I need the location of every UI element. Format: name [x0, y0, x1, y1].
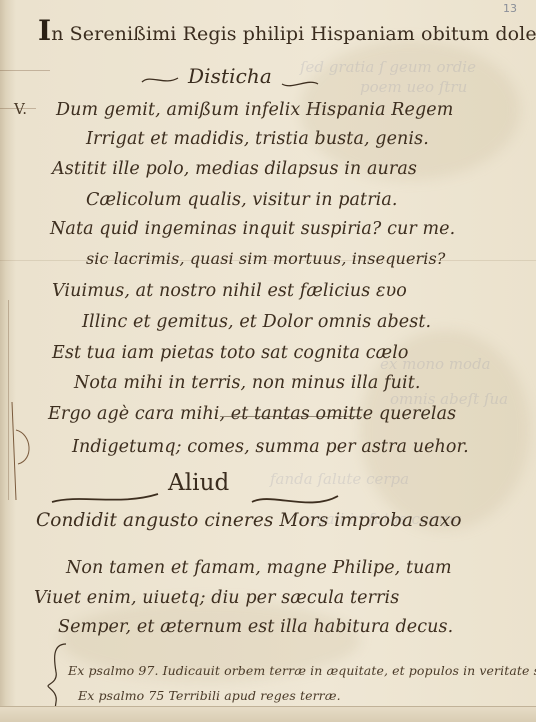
- margin-rule: [0, 70, 50, 71]
- title-initial: I: [38, 14, 51, 47]
- document-title: In Serenißimi Regis philipi Hispaniam ob…: [38, 14, 536, 47]
- verse-line: Viuimus, at nostro nihil est fælicius ευ…: [52, 281, 407, 301]
- verse-line: Viuet enim, uiuetq; diu per sæcula terri…: [34, 588, 399, 608]
- title-text: n Serenißimi Regis philipi Hispaniam obi…: [51, 23, 536, 45]
- verse-line: Nata quid ingeminas inquit suspiria? cur…: [50, 219, 455, 239]
- verse-line: Est tua iam pietas toto sat cognita cælo: [52, 343, 409, 363]
- verse-line: Dum gemit, amißum infelix Hispania Regem: [56, 100, 453, 120]
- page-bottom-edge: [0, 706, 536, 722]
- verse-line: Illinc et gemitus, et Dolor omnis abest.: [82, 312, 431, 332]
- verse-line: Ergo agè cara mihi, et tantas omitte que…: [48, 404, 456, 424]
- verse-line: Condidit angusto cineres Mors improba sa…: [36, 510, 462, 531]
- flourish-left-icon: [140, 72, 180, 88]
- margin-mark: V.: [14, 100, 27, 118]
- psalm-note: Ex psalmo 75 Terribili apud reges terræ.: [78, 688, 341, 703]
- verse-line: sic lacrimis, quasi sim mortuus, inseque…: [86, 249, 445, 268]
- verse-line: Semper, et æternum est illa habitura dec…: [58, 617, 453, 637]
- bleed-through-text: ſed gratia ſ geum ordie: [300, 58, 476, 76]
- verse-line: Astitit ille polo, medias dilapsus in au…: [52, 159, 417, 179]
- verse-line: Indigetumq; comes, summa per astra uehor…: [72, 437, 469, 457]
- manuscript-page: ſed gratia ſ geum ordie poem ueo ſtru ex…: [0, 0, 536, 722]
- verse-line: Cælicolum qualis, visitur in patria.: [86, 190, 398, 210]
- margin-bracket-icon: [6, 400, 36, 520]
- verse-line: Non tamen et famam, magne Philipe, tuam: [66, 558, 452, 578]
- section-heading-disticha: Disticha: [188, 64, 272, 88]
- psalm-note: Ex psalmo 97. Iudicauit orbem terræ in æ…: [68, 663, 536, 678]
- bleed-through-text: poem ueo ſtru: [360, 78, 467, 96]
- section-heading-aliud: Aliud: [168, 470, 229, 496]
- strikethrough: [220, 416, 360, 417]
- verse-line: Nota mihi in terris, non minus illa fuit…: [74, 373, 421, 393]
- flourish-left-icon: [50, 486, 160, 510]
- flourish-right-icon: [280, 78, 320, 92]
- verse-line: Irrigat et madidis, tristia busta, genis…: [86, 129, 429, 149]
- bleed-through-text: fanda ſalute cerpa: [270, 470, 409, 488]
